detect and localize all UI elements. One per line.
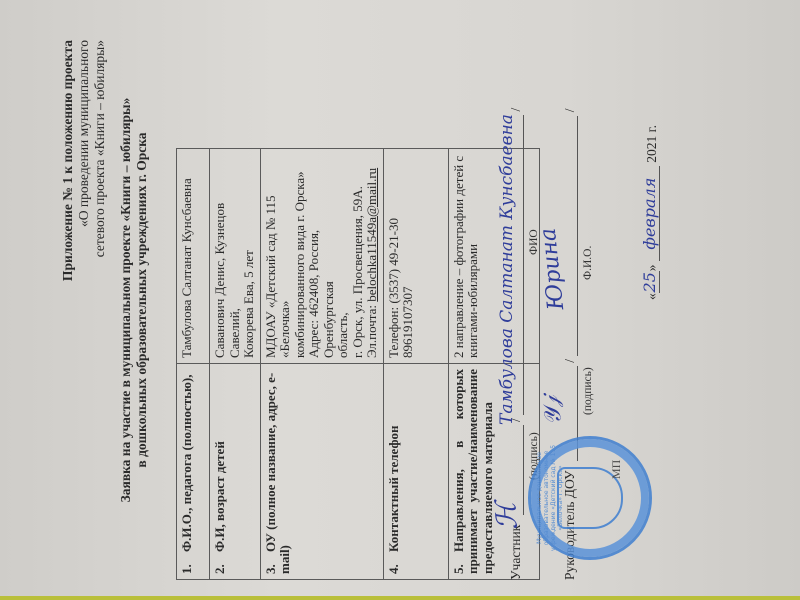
row-label-text: ОУ (полное название, адрес, e-mail): [263, 373, 293, 574]
row-number: 2.: [213, 552, 228, 574]
row-label-text: Ф.И, возраст детей: [212, 441, 227, 552]
date-open-quote: «: [644, 293, 659, 300]
appendix-header: Приложение № 1 к положению проекта «О пр…: [60, 40, 108, 340]
participant-signature-scribble: ℋ: [489, 501, 524, 531]
head-signature-scribble: 𝒴𝒿: [538, 394, 568, 427]
participant-label: Участник: [508, 525, 523, 580]
date-month[interactable]: февраля: [640, 166, 660, 261]
row-label: 5.Направления, в которых принимает участ…: [448, 364, 539, 580]
stamp-mp-label: МП: [609, 460, 624, 479]
row-label: 3.ОУ (полное название, адрес, e-mail): [260, 364, 383, 580]
request-title: Заявка на участие в муниципальном проект…: [118, 0, 150, 600]
row-value: МДОАУ «Детский сад № 115 «Белочка» комби…: [260, 149, 383, 364]
value-line: Тамбулова Салтанат Кунсбаевна: [180, 154, 195, 358]
head-signature-caption: (подпись): [582, 367, 594, 415]
value-line: 2 направление – фотографии детей с: [452, 154, 467, 358]
request-title-line-2: в дошкольных образовательных учреждениях…: [134, 0, 150, 600]
row-label: 4.Контактный телефон: [383, 364, 448, 580]
table-row: 3.ОУ (полное название, адрес, e-mail) МД…: [260, 149, 383, 580]
value-line: МДОАУ «Детский сад № 115 «Белочка»: [264, 154, 293, 358]
value-line: Саванович Денис, Кузнецов Савелий,: [213, 154, 242, 358]
email-prefix: Эл.почта:: [364, 302, 379, 358]
email-line: Эл.почта: belochka11549a@mail.ru: [365, 154, 380, 358]
appendix-line-3: сетевого проекта «Книги – юбиляры»: [92, 40, 108, 340]
row-label-text: Ф.И.О., педагога (полностью),: [179, 374, 194, 552]
row-label-text: Контактный телефон: [386, 426, 401, 552]
row-number: 5.: [452, 552, 467, 574]
value-line: Адрес: 462408, Россия, Оренбургская: [307, 154, 336, 358]
table-row: 1.Ф.И.О., педагога (полностью), Тамбулов…: [177, 149, 210, 580]
participant-signature-field[interactable]: [523, 425, 524, 515]
email-link[interactable]: belochka11549a@mail.ru: [364, 168, 379, 302]
date-close-quote: »: [644, 265, 659, 272]
row-number: 3.: [264, 552, 279, 574]
table-row: 4.Контактный телефон Телефон: (3537) 49-…: [383, 149, 448, 580]
value-line: комбинированного вида г. Орска»: [293, 154, 308, 358]
value-line: Кокорева Ева, 5 лет: [242, 154, 257, 358]
value-line: область,: [336, 154, 351, 358]
appendix-line-1: Приложение № 1 к положению проекта: [60, 40, 76, 340]
document-page: Приложение № 1 к положению проекта «О пр…: [0, 0, 800, 600]
value-line: г. Орск, ул. Просвещения, 59А.: [351, 154, 366, 358]
row-value: Саванович Денис, Кузнецов Савелий, Кокор…: [210, 149, 261, 364]
value-line: Телефон: (3537) 49-21-30: [387, 154, 402, 358]
row-value: Тамбулова Салтанат Кунсбаевна: [177, 149, 210, 364]
row-value: Телефон: (3537) 49-21-30 89619107307: [383, 149, 448, 364]
row-value: 2 направление – фотографии детей с книга…: [448, 149, 539, 364]
row-number: 4.: [387, 552, 402, 574]
row-label-text: Направления, в которых принимает участие…: [451, 369, 495, 574]
date-year: 2021 г.: [644, 125, 659, 163]
table-row: 2.Ф.И, возраст детей Саванович Денис, Ку…: [210, 149, 261, 580]
row-number: 1.: [180, 552, 195, 574]
participant-name-field[interactable]: [523, 115, 524, 415]
head-name-field[interactable]: [577, 116, 578, 356]
request-title-line-1: Заявка на участие в муниципальном проект…: [118, 0, 134, 600]
appendix-line-2: «О проведении муниципального: [76, 40, 92, 340]
row-label: 1.Ф.И.О., педагога (полностью),: [177, 364, 210, 580]
head-name-caption: Ф.И.О.: [582, 246, 594, 280]
date-day[interactable]: 25: [640, 271, 660, 293]
participant-name-handwritten: Тамбулова Салтанат Кунсбаевна: [497, 114, 517, 425]
date-line: «25» февраля 2021 г.: [640, 125, 660, 300]
value-line: книгами-юбилярами: [466, 154, 481, 358]
application-form-table: 1.Ф.И.О., педагога (полностью), Тамбулов…: [176, 148, 540, 580]
official-stamp: Муниципальное дошкольное образовательное…: [528, 436, 652, 560]
value-line: 89619107307: [401, 154, 416, 358]
row-label: 2.Ф.И, возраст детей: [210, 364, 261, 580]
